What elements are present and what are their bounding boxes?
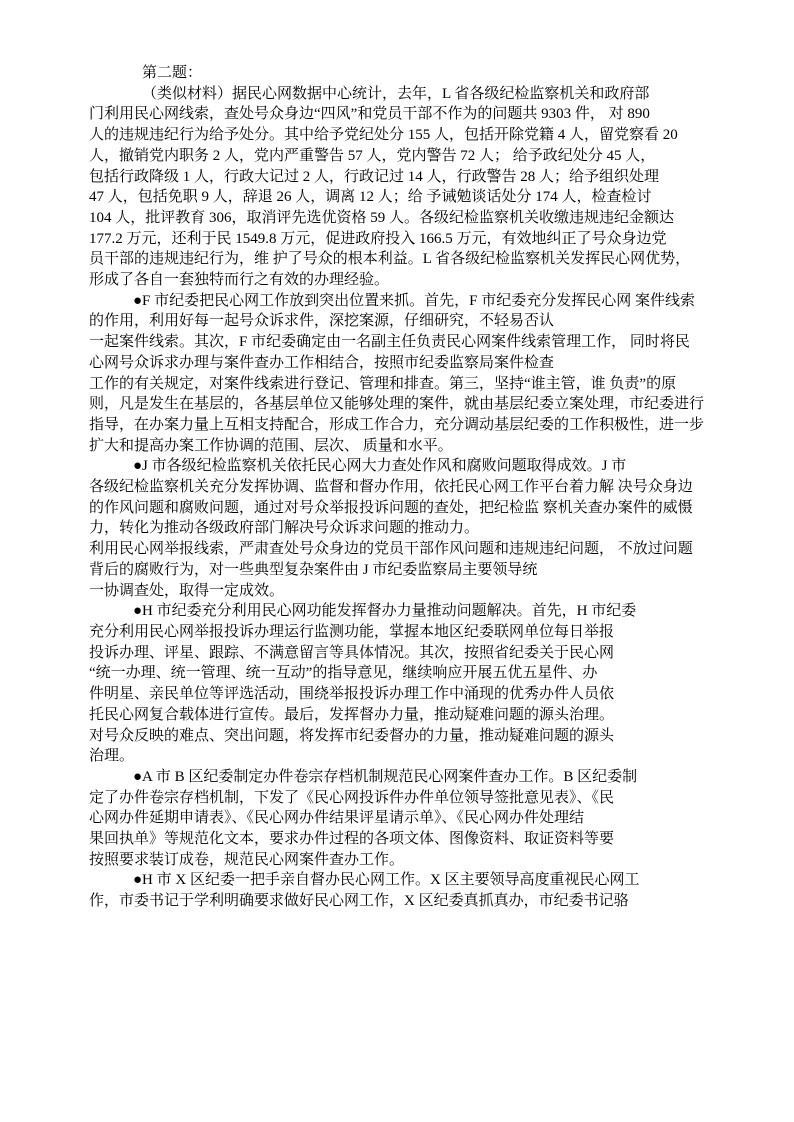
text-line: 人的违规违纪行为给予处分。其中给予党纪处分 155 人，包括开除党籍 4 人，留… xyxy=(89,125,707,146)
text-line: 背后的腐败行为，对一些典型复杂案件由 J 市纪委监察局主要领导统 xyxy=(89,560,707,581)
text-line: 一起案件线索。其次，F 市纪委确定由一名副主任负责民心网案件线索管理工作， 同时… xyxy=(89,332,707,353)
text-line: 104 人，批评教育 306，取消评先选优资格 59 人。各级纪检监察机关收缴违… xyxy=(89,208,707,229)
text-line: 心网办件延期申请表》、《民心网办件结果评星请示单》、《民心网办件处理结 xyxy=(89,808,707,829)
text-line: 门利用民心网线索，查处号众身边“四风”和党员干部不作为的问题共 9303 件， … xyxy=(89,104,707,125)
text-line: 形成了各自一套独特而行之有效的办理经验。 xyxy=(89,270,707,291)
bullet-paragraph-line: ●J 市各级纪检监察机关依托民心网大力查处作风和腐败问题取得成效。J 市 xyxy=(89,456,707,477)
text-line: 则，凡是发生在基层的，各基层单位又能够处理的案件，就由基层纪委立案处理，市纪委进… xyxy=(89,394,707,415)
text-line: 对号众反映的难点、突出问题，将发挥市纪委督办的力量，推动疑难问题的源头 xyxy=(89,726,707,747)
text-line: 第二题： xyxy=(89,63,707,84)
text-line: 果回执单》等规范化文本，要求办件过程的各项文体、图像资料、取证资料等要 xyxy=(89,829,707,850)
text-line: 的作用，利用好每一起号众诉求件，深挖案源，仔细研究，不轻易否认 xyxy=(89,311,707,332)
text-line: 177.2 万元，还利于民 1549.8 万元，促进政府投入 166.5 万元，… xyxy=(89,229,707,250)
bullet-paragraph-line: ●H 市 X 区纪委一把手亲自督办民心网工作。X 区主要领导高度重视民心网工 xyxy=(89,870,707,891)
text-line: 人，撤销党内职务 2 人，党内严重警告 57 人，党内警告 72 人； 给予政纪… xyxy=(89,146,707,167)
text-line: 作，市委书记于学利明确要求做好民心网工作，X 区纪委真抓真办，市纪委书记骆 xyxy=(89,891,707,912)
text-line: 利用民心网举报线索，严肃查处号众身边的党员干部作风问题和违规违纪问题， 不放过问… xyxy=(89,539,707,560)
text-line: 工作的有关规定，对案件线索进行登记、管理和排查。第三，坚持“谁主管，谁 负责”的… xyxy=(89,374,707,395)
bullet-paragraph-line: ●A 市 B 区纪委制定办件卷宗存档机制规范民心网案件查办工作。B 区纪委制 xyxy=(89,767,707,788)
text-line: 治理。 xyxy=(89,746,707,767)
text-line: 按照要求装订成卷，规范民心网案件查办工作。 xyxy=(89,850,707,871)
text-line: 扩大和提高办案工作协调的范围、层次、 质量和水平。 xyxy=(89,436,707,457)
text-line: 指导，在办案力量上互相支持配合，形成工作合力，充分调动基层纪委的工作积极性，进一… xyxy=(89,415,707,436)
bullet-paragraph-line: ●H 市纪委充分利用民心网功能发挥督办力量推动问题解决。首先，H 市纪委 xyxy=(89,601,707,622)
text-line: 包括行政降级 1 人，行政大记过 2 人，行政记过 14 人，行政警告 28 人… xyxy=(89,167,707,188)
text-line: （类似材料）据民心网数据中心统计，去年，L 省各级纪检监察机关和政府部 xyxy=(89,84,707,105)
text-line: 托民心网复合载体进行宣传。最后，发挥督办力量，推动疑难问题的源头治理。 xyxy=(89,705,707,726)
text-line: 各级纪检监察机关充分发挥协调、监督和督办作用，依托民心网工作平台着力解 决号众身… xyxy=(89,477,707,498)
text-line: 一协调查处，取得一定成效。 xyxy=(89,581,707,602)
text-line: 员干部的违规违纪行为，维 护了号众的根本利益。L 省各级纪检监察机关发挥民心网优… xyxy=(89,249,707,270)
document-page: 第二题：（类似材料）据民心网数据中心统计，去年，L 省各级纪检监察机关和政府部门… xyxy=(0,0,794,1122)
text-line: 定了办件卷宗存档机制，下发了《民心网投诉件办件单位领导签批意见表》、《民 xyxy=(89,788,707,809)
text-line: 的作风问题和腐败问题，通过对号众举报投诉问题的查处，把纪检监 察机关查办案件的威… xyxy=(89,498,707,519)
text-line: 心网号众诉求办理与案件查办工作相结合，按照市纪委监察局案件检查 xyxy=(89,353,707,374)
text-line: 47 人，包括免职 9 人，辞退 26 人，调离 12 人；给 予诫勉谈话处分 … xyxy=(89,187,707,208)
text-line: 充分利用民心网举报投诉办理运行监测功能，掌握本地区纪委联网单位每日举报 xyxy=(89,622,707,643)
bullet-paragraph-line: ●F 市纪委把民心网工作放到突出位置来抓。首先，F 市纪委充分发挥民心网 案件线… xyxy=(89,291,707,312)
text-line: 投诉办理、评星、跟踪、不满意留言等具体情况。其次，按照省纪委关于民心网 xyxy=(89,643,707,664)
text-line: “统一办理、统一管理、统一互动”的指导意见，继续响应开展五优五星件、办 xyxy=(89,663,707,684)
document-text-block: 第二题：（类似材料）据民心网数据中心统计，去年，L 省各级纪检监察机关和政府部门… xyxy=(89,63,707,912)
text-line: 力，转化为推动各级政府部门解决号众诉求问题的推动力。 xyxy=(89,518,707,539)
text-line: 件明星、亲民单位等评选活动，围绕举报投诉办理工作中涌现的优秀办件人员依 xyxy=(89,684,707,705)
